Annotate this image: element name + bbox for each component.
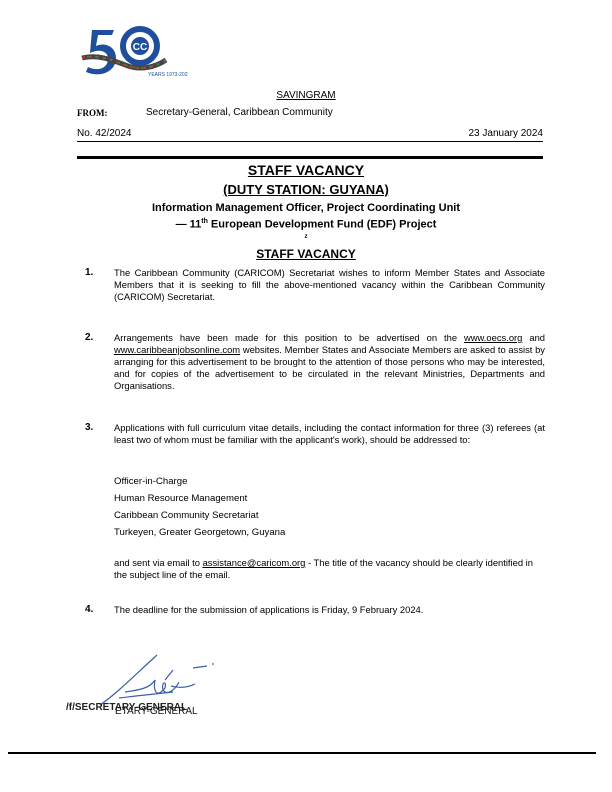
text-segment: Arrangements have been made for this pos… xyxy=(114,332,464,343)
footer-divider xyxy=(8,752,596,754)
oecs-link[interactable]: www.oecs.org xyxy=(464,332,522,343)
from-value: Secretary-General, Caribbean Community xyxy=(146,107,333,118)
section-heading: STAFF VACANCY xyxy=(0,247,612,261)
email-link[interactable]: assistance@caricom.org xyxy=(203,557,306,568)
subtitle-sup: th xyxy=(201,218,208,225)
paragraph-number: 4. xyxy=(85,604,93,616)
handwritten-signature-icon xyxy=(95,650,225,710)
email-instruction: and sent via email to assistance@caricom… xyxy=(85,557,545,581)
svg-text:YEARS 1973-2023: YEARS 1973-2023 xyxy=(148,72,188,78)
document-type: SAVINGRAM xyxy=(0,90,612,101)
from-label: FROM: xyxy=(77,108,108,118)
svg-text:CC: CC xyxy=(133,42,147,53)
paragraph-3: 3. Applications with full curriculum vit… xyxy=(85,422,545,446)
position-subtitle: — 11th European Development Fund (EDF) P… xyxy=(0,218,612,231)
signed-by-overlay: ETARY-GENERAL xyxy=(115,706,198,717)
mailing-address: Officer-in-Charge Human Resource Managem… xyxy=(114,473,285,541)
address-line: Turkeyen, Greater Georgetown, Guyana xyxy=(114,524,285,541)
paragraph-number: 2. xyxy=(85,332,93,344)
caricom-50-logo: CC YEARS 1973-2023 xyxy=(78,24,188,86)
subtitle-suffix: European Development Fund (EDF) Project xyxy=(208,219,437,231)
document-date: 23 January 2024 xyxy=(468,128,543,139)
paragraph-text: The Caribbean Community (CARICOM) Secret… xyxy=(114,267,545,303)
paragraph-4: 4. The deadline for the submission of ap… xyxy=(85,604,545,616)
caricom-50-years-logo-icon: CC YEARS 1973-2023 xyxy=(78,24,188,86)
address-line: Officer-in-Charge xyxy=(114,473,285,490)
header-divider xyxy=(77,156,543,159)
paragraph-text: The deadline for the submission of appli… xyxy=(114,604,545,616)
paragraph-number: 1. xyxy=(85,267,93,279)
page-title: STAFF VACANCY xyxy=(0,162,612,178)
position-title: Information Management Officer, Project … xyxy=(0,202,612,214)
reference-number: No. 42/2024 xyxy=(77,128,132,139)
paragraph-1: 1. The Caribbean Community (CARICOM) Sec… xyxy=(85,267,545,303)
paragraph-number: 3. xyxy=(85,422,93,434)
paragraph-text: and sent via email to assistance@caricom… xyxy=(114,557,545,581)
address-line: Caribbean Community Secretariat xyxy=(114,507,285,524)
subtitle-prefix: — 11 xyxy=(176,219,202,231)
paragraph-2: 2. Arrangements have been made for this … xyxy=(85,332,545,392)
section-marker: z xyxy=(0,234,612,240)
signature-image xyxy=(95,650,225,710)
text-segment: and sent via email to xyxy=(114,557,203,568)
paragraph-text: Applications with full curriculum vitae … xyxy=(114,422,545,446)
reference-row: No. 42/2024 23 January 2024 xyxy=(77,128,543,142)
address-line: Human Resource Management xyxy=(114,490,285,507)
text-segment: and xyxy=(522,332,545,343)
duty-station: (DUTY STATION: GUYANA) xyxy=(0,182,612,197)
paragraph-text: Arrangements have been made for this pos… xyxy=(114,332,545,392)
caribbeanjobs-link[interactable]: www.caribbeanjobsonline.com xyxy=(114,344,240,355)
